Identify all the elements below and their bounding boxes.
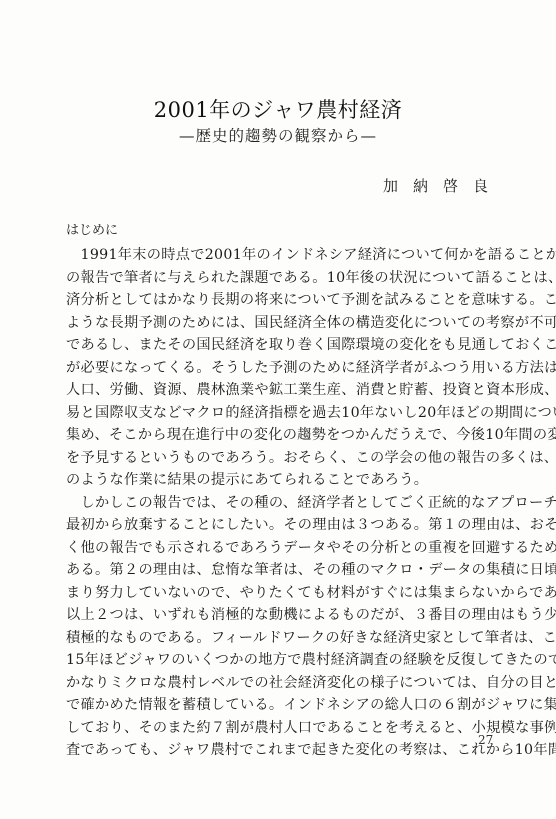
text-line: の報告で筆者に与えられた課題である。10年後の状況について語ることは、経 [66, 267, 522, 290]
text-line: しかしこの報告では、その種の、経済学者としてごく正統的なアプローチは、 [66, 492, 522, 515]
paper-title: 2001年のジャワ農村経済 [0, 94, 556, 124]
paper-subtitle: —歴史的趨勢の観察から— [0, 124, 556, 146]
text-line: で確かめた情報を蓄積している。インドネシアの総人口の６割がジャワに集中 [66, 694, 522, 717]
text-line: かなりミクロな農村レベルでの社会経済変化の様子については、自分の目と耳 [66, 672, 522, 695]
text-line: 1991年末の時点で2001年のインドネシア経済について何かを語ることが、こ [66, 244, 522, 267]
text-line: 最初から放棄することにしたい。その理由は３つある。第１の理由は、おそら [66, 514, 522, 537]
text-line: を予見するというものであろう。おそらく、この学会の他の報告の多くは、そ [66, 447, 522, 470]
text-line: 済分析としてはかなり長期の将来について予測を試みることを意味する。この [66, 289, 522, 312]
text-line: ような長期予測のためには、国民経済全体の構造変化についての考察が不可欠 [66, 312, 522, 335]
text-line: 人口、労働、資源、農林漁業や鉱工業生産、消費と貯蓄、投資と資本形成、貿 [66, 379, 522, 402]
text-line: であるし、またその国民経済を取り巻く国際環境の変化をも見通しておくこと [66, 334, 522, 357]
author-name: 加納啓良 [383, 175, 503, 196]
text-line: まり努力していないので、やりたくても材料がすぐには集まらないからである。 [66, 582, 522, 605]
text-line: 以上２つは、いずれも消極的な動機によるものだが、３番目の理由はもう少し [66, 604, 522, 627]
body-text: 1991年末の時点で2001年のインドネシア経済について何かを語ることが、こ の… [66, 244, 522, 762]
text-line: しており、そのまた約７割が農村人口であることを考えると、小規模な事例調 [66, 717, 522, 740]
section-heading: はじめに [66, 219, 118, 238]
text-line: 易と国際収支などマクロ的経済指標を過去10年ないし20年ほどの期間について [66, 402, 522, 425]
page-number: 27 [478, 733, 493, 747]
text-line: く他の報告でも示されるであろうデータやその分析との重複を回避するためで [66, 537, 522, 560]
text-line: 積極的なものである。フィールドワークの好きな経済史家として筆者は、この [66, 627, 522, 650]
text-line: が必要になってくる。そうした予測のために経済学者がふつう用いる方法は、 [66, 357, 522, 380]
text-line: 査であっても、ジャワ農村でこれまで起きた変化の考察は、これから10年間に [66, 739, 522, 762]
text-line: 15年ほどジャワのいくつかの地方で農村経済調査の経験を反復してきたので、 [66, 649, 522, 672]
text-line: のような作業に結果の提示にあてられることであろう。 [66, 469, 522, 492]
text-line: ある。第２の理由は、怠惰な筆者は、その種のマクロ・データの集積に日頃あ [66, 559, 522, 582]
text-line: 集め、そこから現在進行中の変化の趨勢をつかんだうえで、今後10年間の変化 [66, 424, 522, 447]
